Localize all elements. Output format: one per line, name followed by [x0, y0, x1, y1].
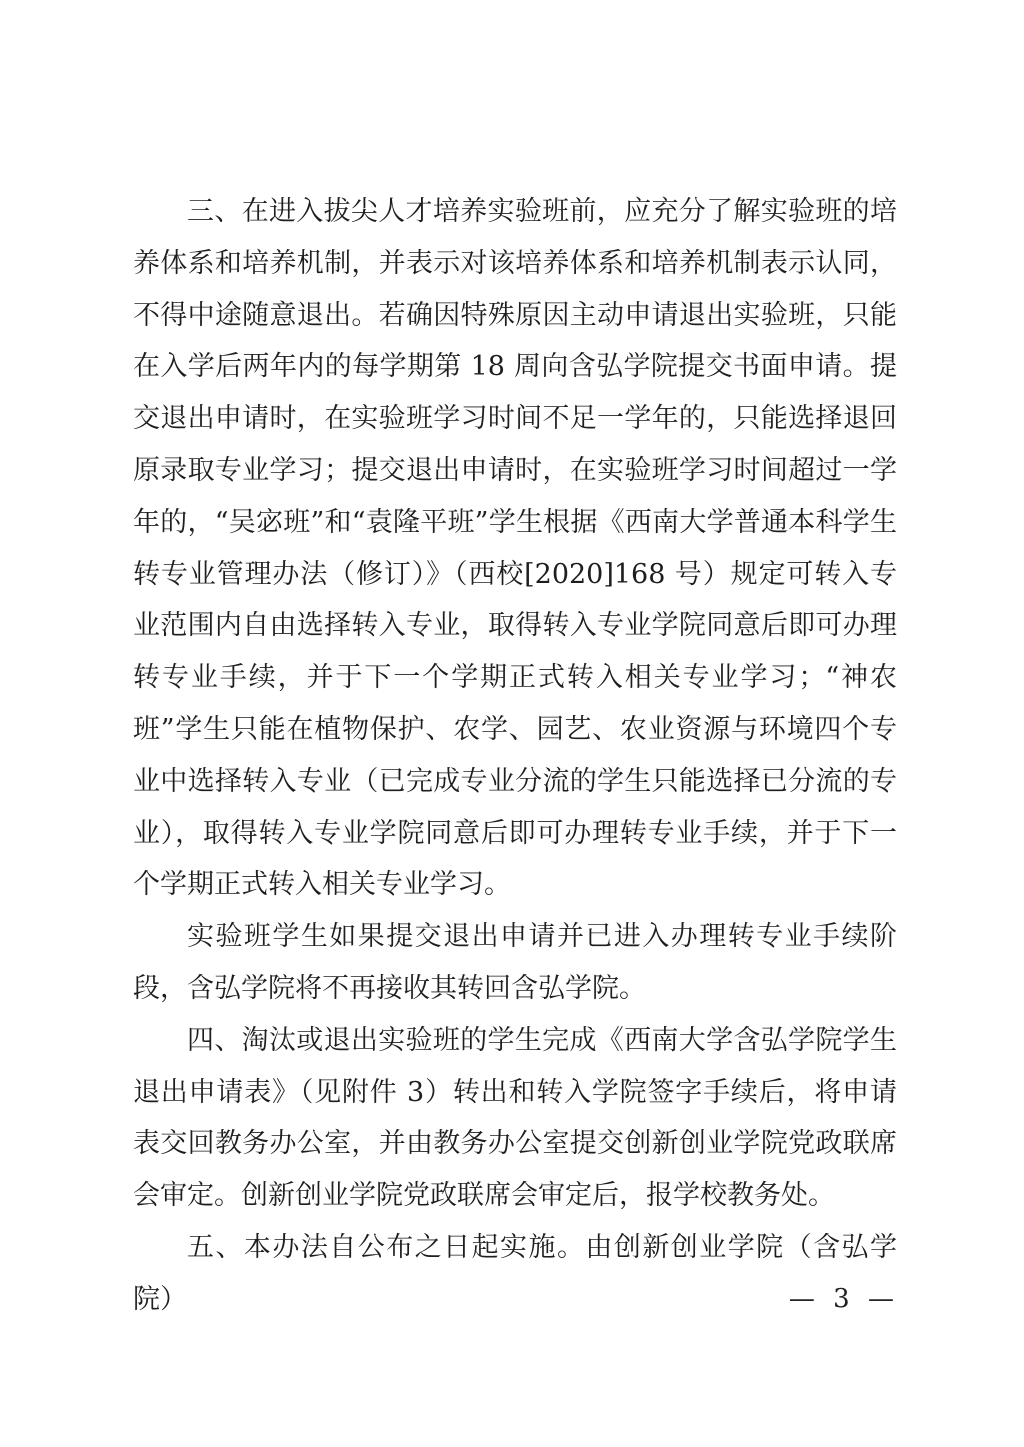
- paragraph-clause-three: 三、在进入拔尖人才培养实验班前，应充分了解实验班的培养体系和培养机制，并表示对该…: [133, 186, 897, 911]
- paragraph-clause-five: 五、本办法自公布之日起实施。由创新创业学院（含弘学院）: [133, 1222, 897, 1326]
- paragraph-transfer-note: 实验班学生如果提交退出申请并已进入办理转专业手续阶段，含弘学院将不再接收其转回含…: [133, 911, 897, 1015]
- page-number: — 3 —: [789, 1284, 899, 1314]
- document-text-block: 三、在进入拔尖人才培养实验班前，应充分了解实验班的培养体系和培养机制，并表示对该…: [133, 186, 897, 1326]
- scanned-document-page: { "document": { "paragraphs": [ "三、在进入拔尖…: [0, 0, 1024, 1447]
- paragraph-clause-four: 四、淘汰或退出实验班的学生完成《西南大学含弘学院学生退出申请表》（见附件 3）转…: [133, 1015, 897, 1222]
- document-page: 三、在进入拔尖人才培养实验班前，应充分了解实验班的培养体系和培养机制，并表示对该…: [0, 0, 1024, 1447]
